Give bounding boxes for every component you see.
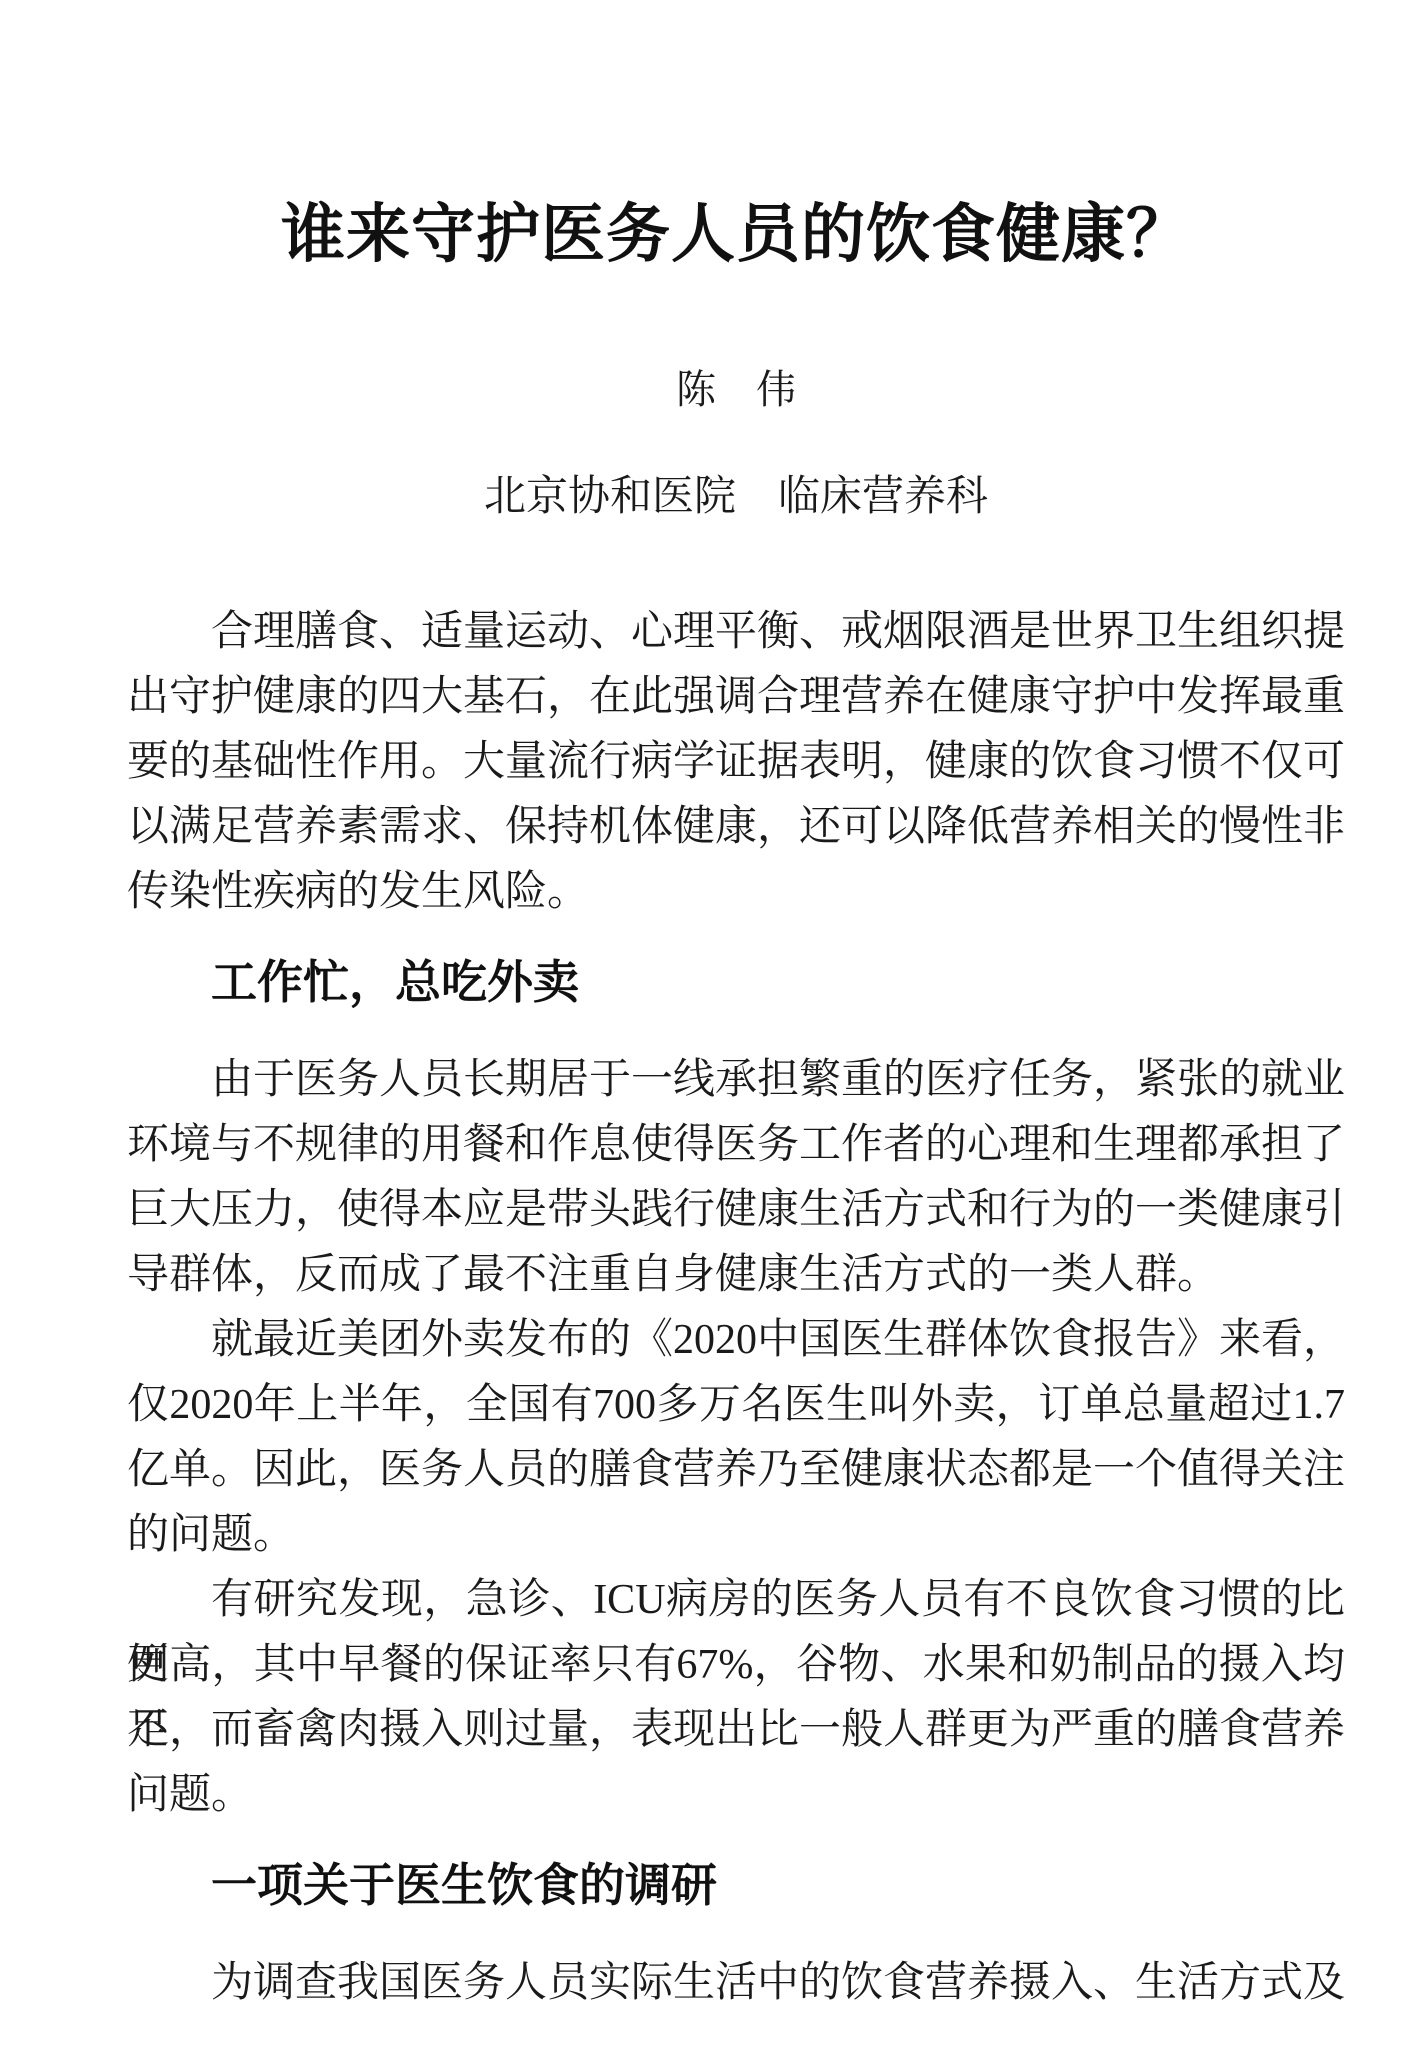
text-line: 传染性疾病的发生风险。 bbox=[127, 860, 1345, 925]
text-line: 出守护健康的四大基石，在此强调合理营养在健康守护中发挥最重 bbox=[127, 665, 1345, 730]
paragraph: 合理膳食、适量运动、心理平衡、戒烟限酒是世界卫生组织提出守护健康的四大基石，在此… bbox=[127, 600, 1345, 925]
text-line: 由于医务人员长期居于一线承担繁重的医疗任务，紧张的就业 bbox=[127, 1048, 1345, 1113]
text-line: 环境与不规律的用餐和作息使得医务工作者的心理和生理都承担了 bbox=[127, 1113, 1345, 1178]
text-line: 以满足营养素需求、保持机体健康，还可以降低营养相关的慢性非 bbox=[127, 795, 1345, 860]
paragraph: 有研究发现，急诊、ICU病房的医务人员有不良饮食习惯的比例更高，其中早餐的保证率… bbox=[127, 1568, 1345, 1828]
document-page: 谁来守护医务人员的饮食健康？ 陈 伟 北京协和医院 临床营养科 合理膳食、适量运… bbox=[0, 0, 1421, 2053]
paragraph: 由于医务人员长期居于一线承担繁重的医疗任务，紧张的就业环境与不规律的用餐和作息使… bbox=[127, 1048, 1345, 1308]
text-line: 导群体，反而成了最不注重自身健康生活方式的一类人群。 bbox=[127, 1243, 1345, 1308]
text-line: 亿单。因此，医务人员的膳食营养乃至健康状态都是一个值得关注 bbox=[127, 1438, 1345, 1503]
section-heading: 工作忙，总吃外卖 bbox=[127, 950, 1345, 1015]
text-line: 为调查我国医务人员实际生活中的饮食营养摄入、生活方式及 bbox=[127, 1951, 1345, 2016]
text-line: 更高，其中早餐的保证率只有67%，谷物、水果和奶制品的摄入均不 bbox=[127, 1633, 1345, 1698]
article-author: 陈 伟 bbox=[127, 355, 1345, 425]
article-body: 合理膳食、适量运动、心理平衡、戒烟限酒是世界卫生组织提出守护健康的四大基石，在此… bbox=[127, 600, 1345, 2016]
article-title: 谁来守护医务人员的饮食健康？ bbox=[127, 190, 1345, 280]
paragraph: 为调查我国医务人员实际生活中的饮食营养摄入、生活方式及 bbox=[127, 1951, 1345, 2016]
text-line: 的问题。 bbox=[127, 1503, 1345, 1568]
text-line: 仅2020年上半年，全国有700多万名医生叫外卖，订单总量超过1.7 bbox=[127, 1373, 1345, 1438]
text-line: 有研究发现，急诊、ICU病房的医务人员有不良饮食习惯的比例 bbox=[127, 1568, 1345, 1633]
article-affiliation: 北京协和医院 临床营养科 bbox=[127, 462, 1345, 532]
page-content: 谁来守护医务人员的饮食健康？ 陈 伟 北京协和医院 临床营养科 合理膳食、适量运… bbox=[127, 0, 1345, 2016]
text-line: 要的基础性作用。大量流行病学证据表明，健康的饮食习惯不仅可 bbox=[127, 730, 1345, 795]
text-line: 巨大压力，使得本应是带头践行健康生活方式和行为的一类健康引 bbox=[127, 1178, 1345, 1243]
paragraph: 就最近美团外卖发布的《2020中国医生群体饮食报告》来看，仅2020年上半年，全… bbox=[127, 1308, 1345, 1568]
text-line: 足，而畜禽肉摄入则过量，表现出比一般人群更为严重的膳食营养 bbox=[127, 1698, 1345, 1763]
text-line: 问题。 bbox=[127, 1763, 1345, 1828]
text-line: 合理膳食、适量运动、心理平衡、戒烟限酒是世界卫生组织提 bbox=[127, 600, 1345, 665]
text-line: 就最近美团外卖发布的《2020中国医生群体饮食报告》来看， bbox=[127, 1308, 1345, 1373]
section-heading: 一项关于医生饮食的调研 bbox=[127, 1853, 1345, 1918]
